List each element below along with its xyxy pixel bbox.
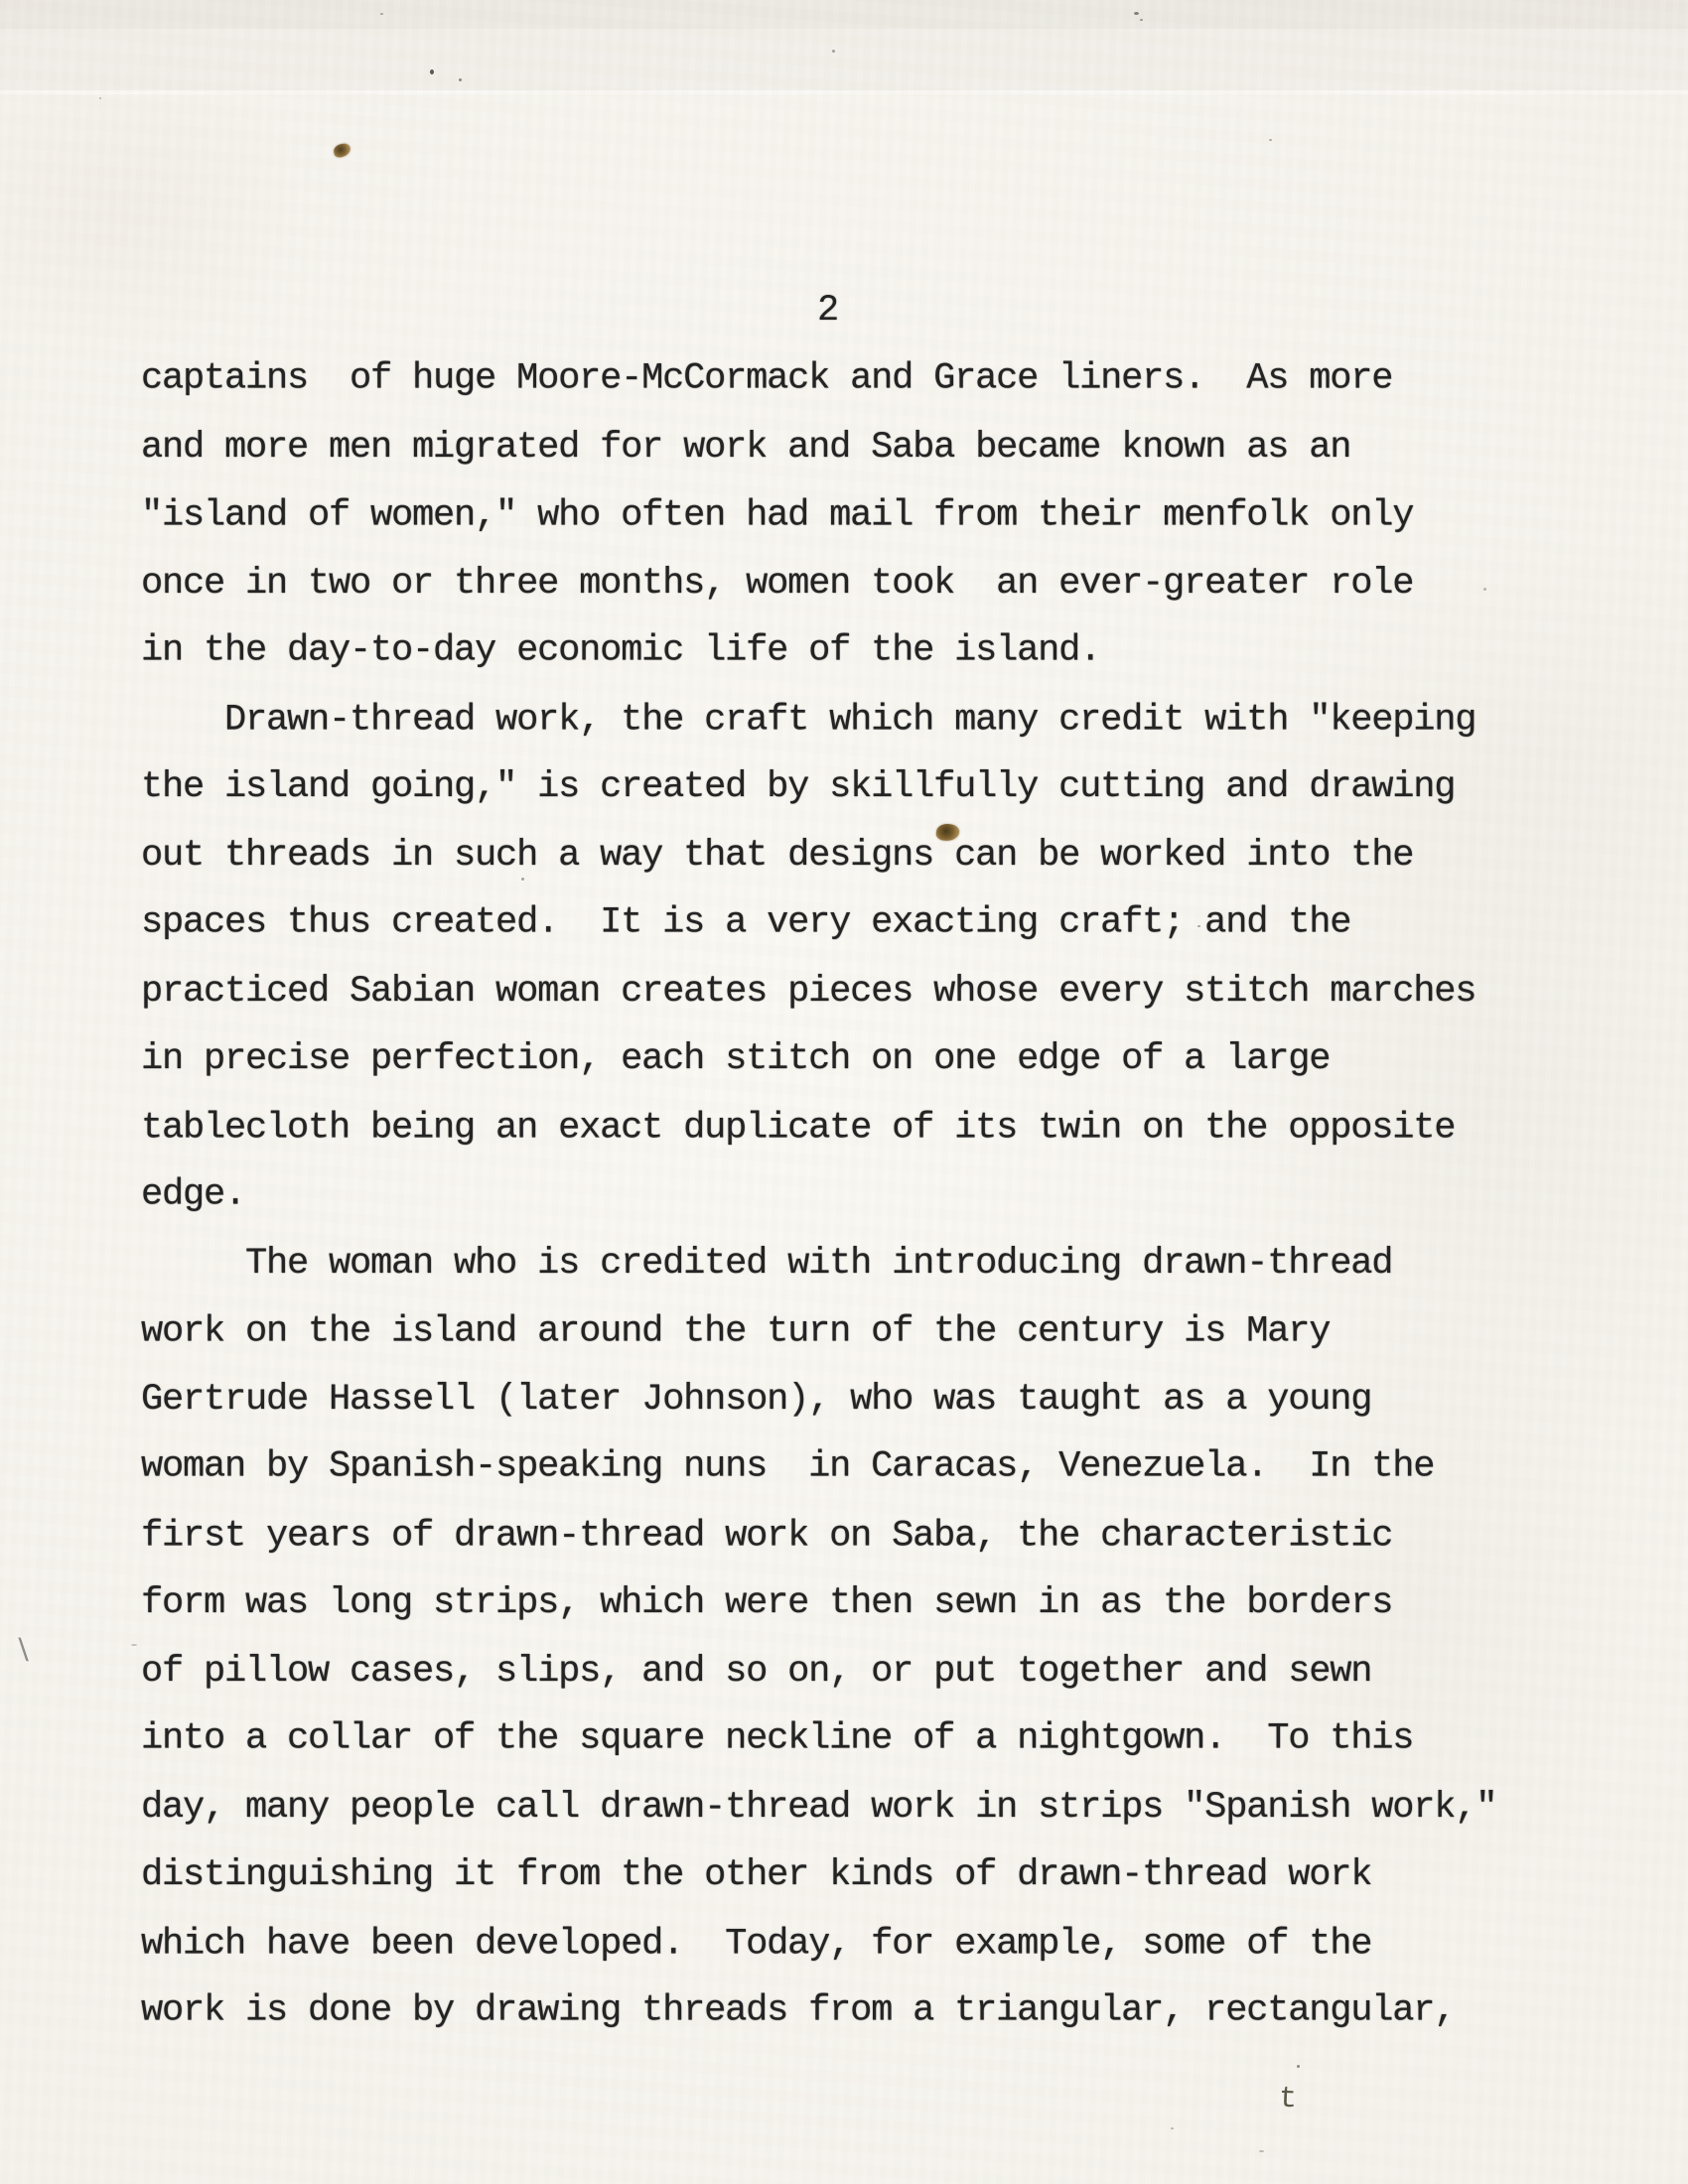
- text-line: which have been developed. Today, for ex…: [141, 1910, 1496, 1979]
- text-line: out threads in such a way that designs c…: [141, 822, 1496, 890]
- text-line: work on the island around the turn of th…: [141, 1298, 1496, 1367]
- dust-dot: [459, 78, 462, 81]
- text-line: "island of women," who often had mail fr…: [141, 482, 1496, 550]
- dust-dot: [1269, 139, 1272, 141]
- text-line: tablecloth being an exact duplicate of i…: [141, 1094, 1496, 1162]
- dust-dot: [430, 69, 434, 74]
- dust-dot: [99, 97, 101, 99]
- dust-dot: [1197, 925, 1200, 927]
- dust-dot: [832, 50, 835, 53]
- dust-dot: [521, 878, 524, 881]
- text-line: of pillow cases, slips, and so on, or pu…: [141, 1638, 1496, 1706]
- text-line: in the day-to-day economic life of the i…: [141, 617, 1496, 686]
- dust-dot: [131, 1644, 137, 1646]
- text-line: The woman who is credited with introduci…: [141, 1230, 1496, 1298]
- text-line: Gertrude Hassell (later Johnson), who wa…: [141, 1366, 1496, 1434]
- dust-dot: [1483, 588, 1486, 591]
- scanner-band: [0, 29, 1688, 90]
- text-line: in precise perfection, each stitch on on…: [141, 1025, 1496, 1094]
- text-line: edge.: [141, 1161, 1496, 1230]
- scanner-band: [0, 0, 1688, 29]
- dust-dot: [1259, 2150, 1264, 2152]
- text-line: the island going," is created by skillfu…: [141, 753, 1496, 822]
- text-line: day, many people call drawn-thread work …: [141, 1774, 1496, 1843]
- dust-dot: [380, 13, 383, 15]
- body-text: captains of huge Moore-McCormack and Gra…: [141, 345, 1496, 2046]
- text-line: captains of huge Moore-McCormack and Gra…: [141, 345, 1496, 414]
- text-line: into a collar of the square neckline of …: [141, 1706, 1496, 1774]
- text-line: first years of drawn-thread work on Saba…: [141, 1502, 1496, 1570]
- text-line: practiced Sabian woman creates pieces wh…: [141, 958, 1496, 1026]
- scanner-band: [0, 90, 1688, 94]
- text-line: once in two or three months, women took …: [141, 550, 1496, 618]
- text-line: form was long strips, which were then se…: [141, 1570, 1496, 1638]
- stain-speck: [333, 142, 352, 158]
- scanned-page: 2 captains of huge Moore-McCormack and G…: [0, 0, 1688, 2184]
- text-line: spaces thus created. It is a very exacti…: [141, 889, 1496, 958]
- text-line: woman by Spanish-speaking nuns in Caraca…: [141, 1433, 1496, 1502]
- dust-dot: [1140, 19, 1143, 21]
- text-line: and more men migrated for work and Saba …: [141, 414, 1496, 482]
- dust-dot: [1134, 12, 1139, 15]
- stray-mark: t: [1278, 2085, 1297, 2116]
- dust-dot: [1297, 2065, 1300, 2068]
- text-line: Drawn-thread work, the craft which many …: [141, 686, 1496, 754]
- stray-mark: \: [12, 1637, 35, 1670]
- dust-dot: [1171, 2127, 1174, 2129]
- text-line: distinguishing it from the other kinds o…: [141, 1842, 1496, 1910]
- page-number: 2: [817, 282, 838, 340]
- text-line: work is done by drawing threads from a t…: [141, 1978, 1496, 2046]
